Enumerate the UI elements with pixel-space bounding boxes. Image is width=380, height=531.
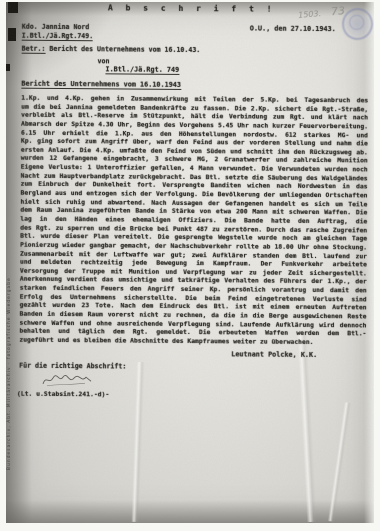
signature-line: Leutnant Polcke, K.K.	[231, 350, 317, 359]
pencil-annotation: 1503. 73	[297, 2, 345, 22]
subject-line: Betr.: Bericht des Unternehmens vom 16.1…	[22, 45, 201, 54]
reporting-unit: I.Btl./Jä.Rgt. 749	[105, 65, 179, 74]
report-body: 1.Kp. und 4.Kp. gehen in Zusammenwirkung…	[19, 95, 368, 348]
scanned-paper: Bundesarchiv, Abt. Militärarchiv · fotog…	[6, 2, 374, 523]
handwritten-signature	[41, 372, 93, 388]
report-heading: Bericht des Unternehmens vom 16.10.1943	[21, 80, 181, 89]
date-line: O.U., den 27.10.1943.	[250, 24, 336, 33]
subject-text: Bericht des Unternehmens vom 16.10.43.	[45, 45, 200, 54]
document-title: A b s c h r i f t !	[108, 3, 276, 13]
subject-label: Betr.:	[22, 45, 46, 54]
document-scan: Bundesarchiv, Abt. Militärarchiv · fotog…	[0, 0, 380, 531]
document-content: A b s c h r i f t ! 1503. 73 O.U., den 2…	[6, 2, 374, 523]
certification-rank: (Lt. u.Stabsint.241.-d)-	[17, 390, 109, 399]
certification-line: Für die richtige Abschrift:	[19, 362, 126, 371]
pencil-number: 1503.	[298, 9, 322, 20]
from-label: von	[98, 57, 110, 65]
body-line: zugeführt und es bleiben die Abschnitte …	[19, 337, 366, 348]
sender-unit-line1: Kdo. Jannina Nord	[22, 23, 90, 32]
sender-unit-line2: I.Btl./Jä.Rgt.749.	[22, 32, 94, 41]
